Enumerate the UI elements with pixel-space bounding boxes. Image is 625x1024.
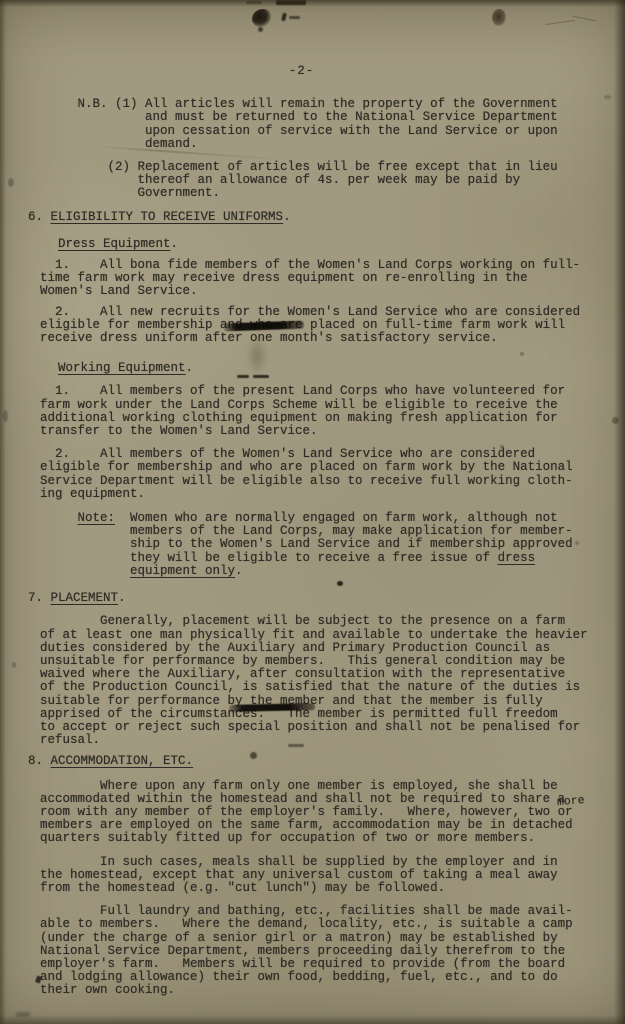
section-7-title: PLACEMENT [51, 591, 119, 605]
section-8-number: 8. [28, 754, 51, 768]
page-edge-bottom-shadow [0, 1015, 625, 1024]
dress-equipment-heading: Dress Equipment. [58, 238, 607, 251]
dress-paragraph-1: 1. All bona fide members of the Women's … [40, 259, 607, 299]
working-equipment-period: . [186, 361, 194, 375]
working-equipment-label: Working Equipment [58, 361, 186, 375]
dress-paragraph-2: 2. All new recruits for the Women's Land… [40, 306, 607, 346]
smudge-bottom-left [16, 1012, 30, 1017]
section-7-number: 7. [28, 591, 51, 605]
typed-insertion-more: more [557, 794, 585, 809]
scanned-document-page: -2- N.B. (1) All articles will remain th… [0, 0, 625, 1024]
page-number: -2- [18, 65, 585, 78]
section-8-period: . [186, 754, 194, 768]
section-6-heading: 6. ELIGIBILITY TO RECEIVE UNIFORMS. [28, 211, 607, 224]
note-pad [40, 511, 78, 525]
accommodation-paragraph-2: In such cases, meals shall be supplied b… [40, 856, 607, 896]
nb-item-2: (2) Replacement of articles will be free… [40, 161, 607, 201]
nb-item-1: N.B. (1) All articles will remain the pr… [40, 98, 607, 151]
note-period: . [235, 564, 243, 578]
placement-paragraph: Generally, placement will be subject to … [40, 615, 607, 747]
section-6-number: 6. [28, 210, 51, 224]
note-body: Women who are normally engaged on farm w… [40, 511, 573, 565]
section-7-period: . [118, 591, 126, 605]
document-content: -2- N.B. (1) All articles will remain th… [0, 0, 625, 998]
section-7-heading: 7. PLACEMENT. [28, 592, 607, 605]
dress-equipment-label: Dress Equipment [58, 237, 171, 251]
working-paragraph-2: 2. All members of the Women's Land Servi… [40, 448, 607, 501]
section-8-heading: 8. ACCOMMODATION, ETC. [28, 755, 607, 768]
working-paragraph-1: 1. All members of the present Land Corps… [40, 385, 607, 438]
working-equipment-heading: Working Equipment. [58, 362, 607, 375]
note-underlined-equipment-only: equipment only [130, 564, 235, 578]
note-wrap [40, 564, 130, 578]
note-label: Note: [78, 511, 116, 525]
accommodation-paragraph-3: Full laundry and bathing, etc., faciliti… [40, 905, 607, 997]
note-block: Note: Women who are normally engaged on … [40, 512, 607, 578]
note-underlined-dress: dress [498, 551, 536, 565]
section-6-title: ELIGIBILITY TO RECEIVE UNIFORMS [51, 210, 284, 224]
accommodation-paragraph-1: Where upon any farm only one member is e… [40, 780, 607, 846]
section-8-title: ACCOMMODATION, ETC [51, 754, 186, 768]
dress-equipment-period: . [171, 237, 179, 251]
section-6-period: . [283, 210, 291, 224]
